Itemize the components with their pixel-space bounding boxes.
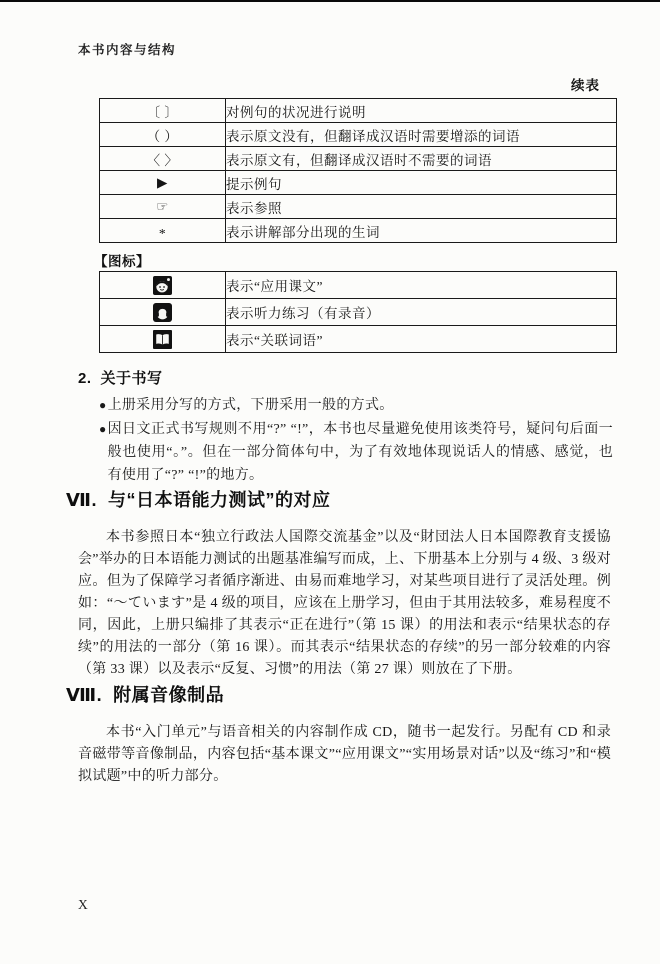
section-8-title: 附属音像制品 [113, 685, 224, 705]
section-2-heading: 2.关于书写 [78, 367, 163, 388]
table-row: 表示“关联词语” [100, 326, 617, 353]
section-8-heading: Ⅷ.附属音像制品 [66, 681, 224, 707]
table-row: ☞ 表示参照 [100, 195, 617, 219]
section-2-title: 关于书写 [101, 370, 163, 387]
section-8-numeral: Ⅷ. [66, 685, 102, 706]
symbol-cell: ☞ [100, 195, 226, 219]
open-book-icon [152, 330, 173, 349]
symbols-table: 〔 〕 对例句的状况进行说明 （ ） 表示原文没有，但翻译成汉语时需要增添的词语… [99, 98, 617, 243]
table-row: ▶ 提示例句 [100, 171, 617, 195]
symbol-cell: （ ） [100, 123, 226, 147]
headphones-icon [152, 303, 173, 322]
list-item: ● 因日文正式书写规则不用“?” “!”，本书也尽量避免使用该类符号，疑问句后面… [99, 418, 613, 487]
description-cell: 表示讲解部分出现的生词 [226, 219, 617, 243]
bullet-text: 因日文正式书写规则不用“?” “!”，本书也尽量避免使用该类符号，疑问句后面一般… [108, 418, 613, 487]
icons-table: 表示“应用课文” 表示听力练习（有录音） [99, 271, 617, 353]
section-7-paragraph: 本书参照日本“独立行政法人国際交流基金”以及“財団法人日本国際教育支援協会”举办… [78, 527, 611, 681]
bullet-icon: ● [99, 394, 107, 417]
section-2-bullet-list: ● 上册采用分写的方式，下册采用一般的方式。 ● 因日文正式书写规则不用“?” … [99, 394, 613, 488]
description-cell: 对例句的状况进行说明 [226, 99, 617, 123]
bullet-text: 上册采用分写的方式，下册采用一般的方式。 [108, 394, 613, 417]
icon-cell [100, 326, 226, 353]
table-row: （ ） 表示原文没有，但翻译成汉语时需要增添的词语 [100, 123, 617, 147]
book-page: 本书内容与结构 续表 〔 〕 对例句的状况进行说明 （ ） 表示原文没有，但翻译… [0, 0, 660, 964]
continued-table-label: 续表 [0, 74, 600, 94]
bullet-icon: ● [99, 418, 107, 441]
description-cell: 表示听力练习（有录音） [226, 299, 617, 326]
icon-cell [100, 299, 226, 326]
section-7-heading: Ⅶ.与“日本语能力测试”的对应 [66, 486, 330, 512]
symbol-cell: * [100, 222, 226, 246]
icon-cell [100, 272, 226, 299]
description-cell: 表示原文没有，但翻译成汉语时需要增添的词语 [226, 123, 617, 147]
icons-section-label: 【图标】 [94, 250, 150, 270]
description-cell: 表示原文有，但翻译成汉语时不需要的词语 [226, 147, 617, 171]
page-number: X [78, 897, 88, 913]
section-7-title: 与“日本语能力测试”的对应 [108, 490, 331, 510]
table-row: 表示听力练习（有录音） [100, 299, 617, 326]
description-cell: 表示“关联词语” [226, 326, 617, 353]
symbol-cell: 〈 〉 [100, 147, 226, 171]
table-row: 表示“应用课文” [100, 272, 617, 299]
dialogue-face-icon [152, 276, 173, 295]
symbol-cell: ▶ [100, 171, 226, 195]
section-8-paragraph: 本书“入门单元”与语音相关的内容制作成 CD，随书一起发行。另配有 CD 和录音… [78, 722, 611, 788]
table-row: * 表示讲解部分出现的生词 [100, 219, 617, 243]
section-2-number: 2. [78, 370, 92, 387]
description-cell: 提示例句 [226, 171, 617, 195]
table-row: 〔 〕 对例句的状况进行说明 [100, 99, 617, 123]
description-cell: 表示参照 [226, 195, 617, 219]
running-header: 本书内容与结构 [78, 40, 176, 58]
list-item: ● 上册采用分写的方式，下册采用一般的方式。 [99, 394, 613, 417]
scan-edge-artifact [0, 0, 660, 2]
section-7-numeral: Ⅶ. [66, 490, 97, 511]
symbol-cell: 〔 〕 [100, 99, 226, 123]
description-cell: 表示“应用课文” [226, 272, 617, 299]
table-row: 〈 〉 表示原文有，但翻译成汉语时不需要的词语 [100, 147, 617, 171]
